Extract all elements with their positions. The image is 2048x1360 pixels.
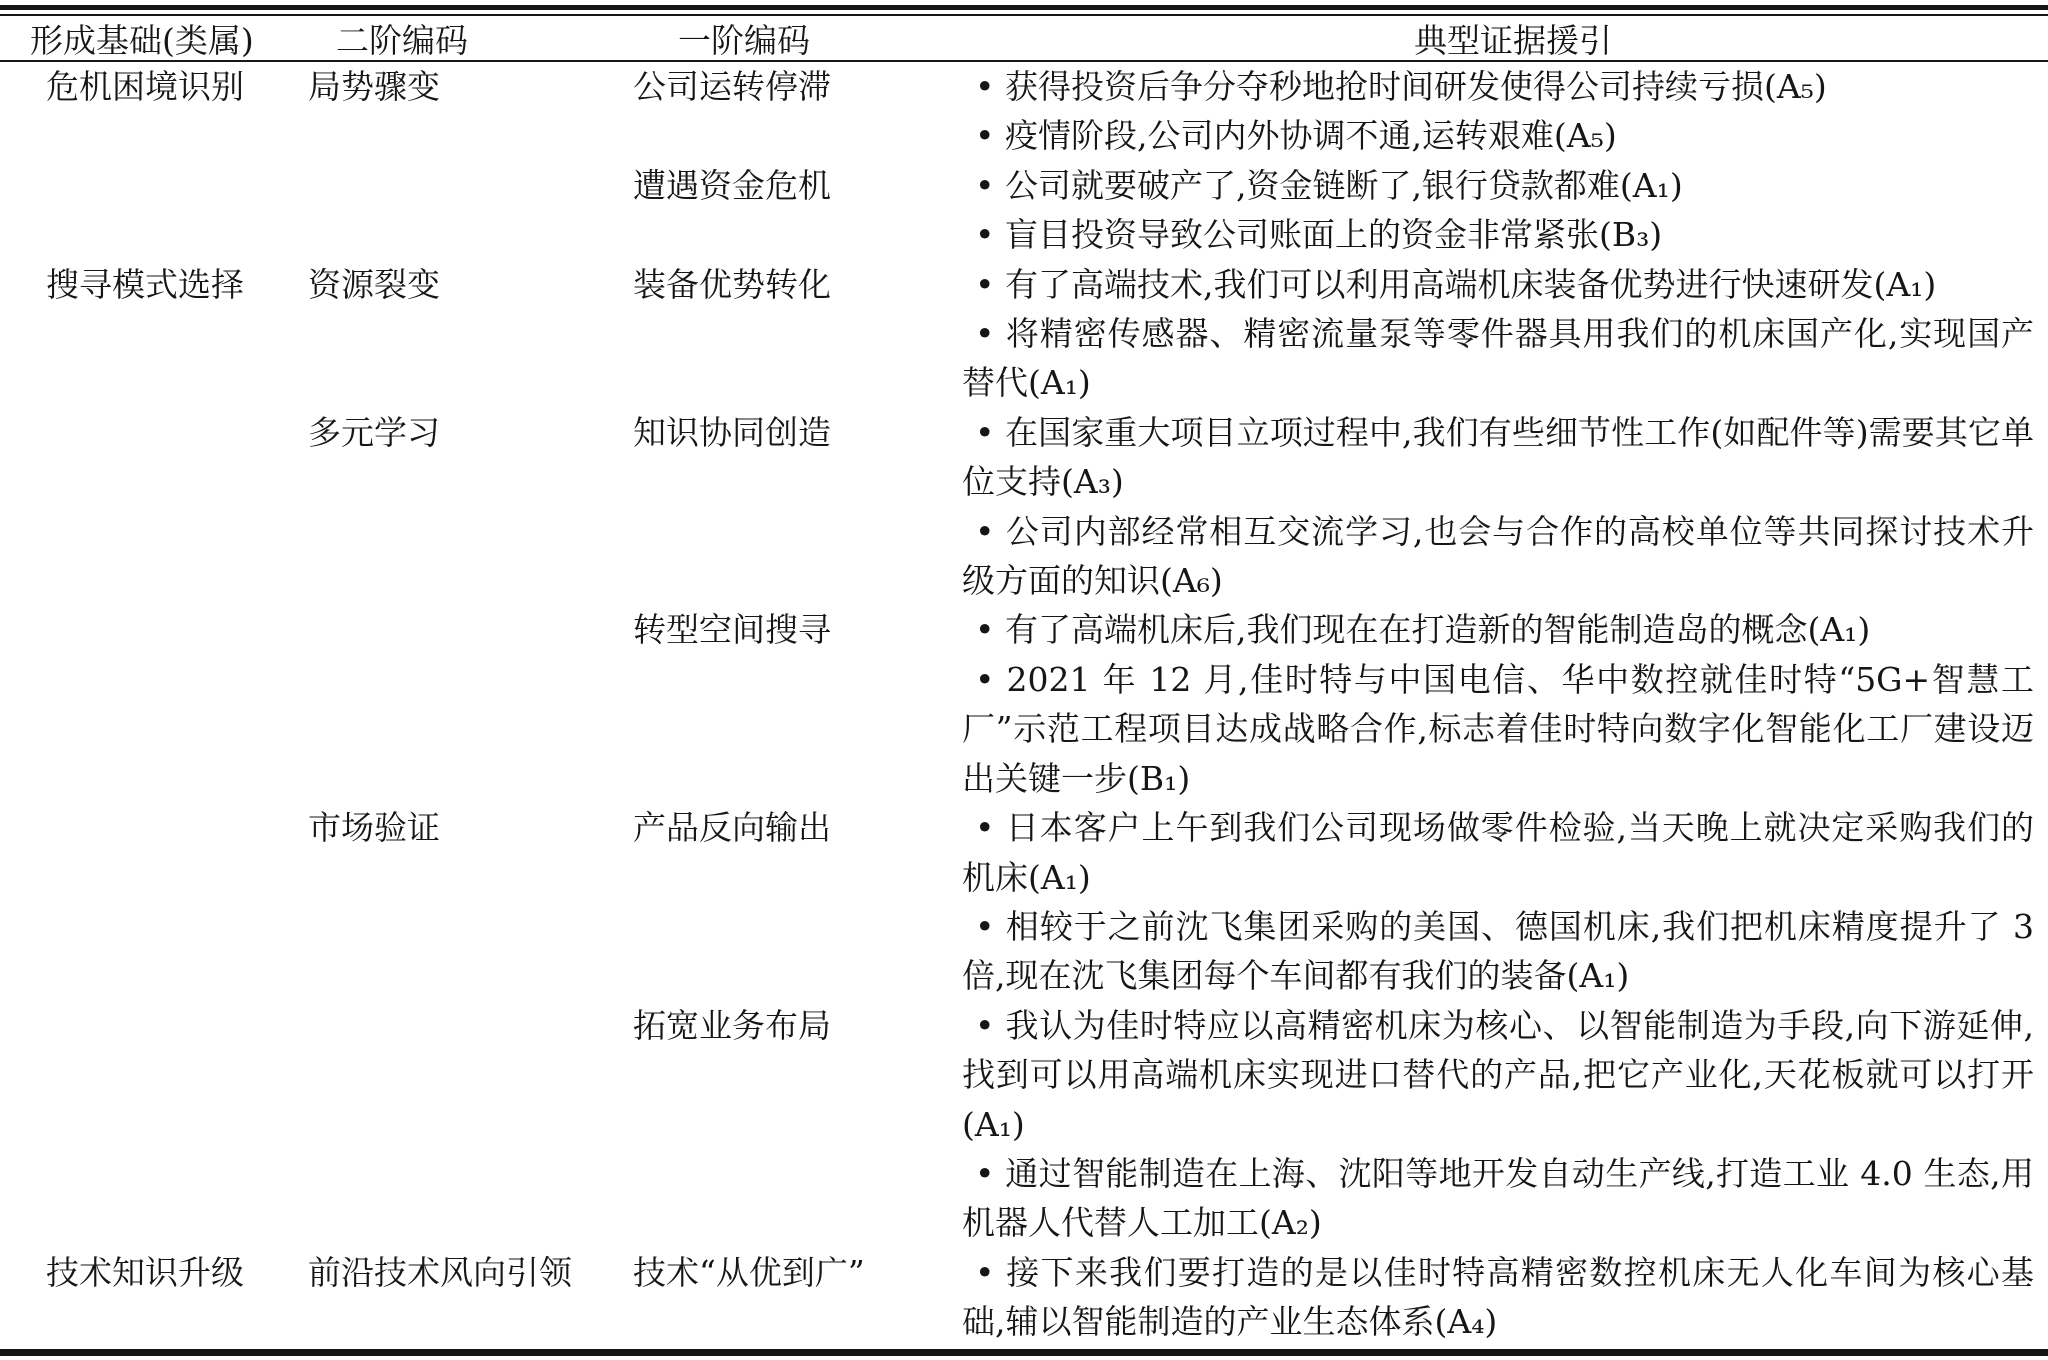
evidence-cell: • 日本客户上午到我们公司现场做零件检验,当天晚上就决定采购我们的机床(A₁) … <box>950 803 2048 1001</box>
header-cell-second-order: 二阶编码 <box>290 16 612 65</box>
evidence-item: • 相较于之前沈飞集团采购的美国、德国机床,我们把机床精度提升了 3 倍,现在沈… <box>962 902 2034 1001</box>
first-order-cell: 装备优势转化 <box>612 260 950 309</box>
second-order-cell: 资源裂变 <box>290 260 612 309</box>
table-row: 遭遇资金危机 • 公司就要破产了,资金链断了,银行贷款都难(A₁) • 盲目投资… <box>0 161 2048 260</box>
table-row: 多元学习 知识协同创造 • 在国家重大项目立项过程中,我们有些细节性工作(如配件… <box>0 408 2048 606</box>
evidence-item: • 在国家重大项目立项过程中,我们有些细节性工作(如配件等)需要其它单位支持(A… <box>962 408 2034 507</box>
evidence-item: • 2021 年 12 月,佳时特与中国电信、华中数控就佳时特“5G+智慧工厂”… <box>962 655 2034 803</box>
category-cell: 技术知识升级 <box>0 1248 290 1297</box>
evidence-item: • 公司就要破产了,资金链断了,银行贷款都难(A₁) <box>962 161 2034 210</box>
category-cell: 搜寻模式选择 <box>0 260 290 309</box>
first-order-cell: 知识协同创造 <box>612 408 950 457</box>
evidence-cell: • 有了高端机床后,我们现在在打造新的智能制造岛的概念(A₁) • 2021 年… <box>950 605 2048 803</box>
header-cell-evidence: 典型证据援引 <box>950 16 2048 65</box>
evidence-cell: • 在国家重大项目立项过程中,我们有些细节性工作(如配件等)需要其它单位支持(A… <box>950 408 2048 606</box>
table-row: 技术知识升级 前沿技术风向引领 技术“从优到广” • 接下来我们要打造的是以佳时… <box>0 1248 2048 1347</box>
first-order-cell: 转型空间搜寻 <box>612 605 950 654</box>
first-order-cell: 公司运转停滞 <box>612 62 950 111</box>
second-order-cell: 多元学习 <box>290 408 612 457</box>
table-row: 转型空间搜寻 • 有了高端机床后,我们现在在打造新的智能制造岛的概念(A₁) •… <box>0 605 2048 803</box>
table-row: 拓宽业务布局 • 我认为佳时特应以高精密机床为核心、以智能制造为手段,向下游延伸… <box>0 1001 2048 1248</box>
evidence-item: • 我认为佳时特应以高精密机床为核心、以智能制造为手段,向下游延伸,找到可以用高… <box>962 1001 2034 1149</box>
table-bottom-rule <box>0 1349 2048 1356</box>
evidence-item: • 日本客户上午到我们公司现场做零件检验,当天晚上就决定采购我们的机床(A₁) <box>962 803 2034 902</box>
first-order-cell: 拓宽业务布局 <box>612 1001 950 1050</box>
table-header-row: 形成基础(类属) 二阶编码 一阶编码 典型证据援引 <box>0 16 2048 60</box>
first-order-cell: 遭遇资金危机 <box>612 161 950 210</box>
evidence-item: • 疫情阶段,公司内外协调不通,运转艰难(A₅) <box>962 111 2034 160</box>
header-cell-category: 形成基础(类属) <box>0 16 290 65</box>
evidence-item: • 有了高端技术,我们可以利用高端机床装备优势进行快速研发(A₁) <box>962 260 2034 309</box>
evidence-cell: • 公司就要破产了,资金链断了,银行贷款都难(A₁) • 盲目投资导致公司账面上… <box>950 161 2048 260</box>
second-order-cell: 市场验证 <box>290 803 612 852</box>
table-body: 危机困境识别 局势骤变 公司运转停滞 • 获得投资后争分夺秒地抢时间研发使得公司… <box>0 62 2048 1347</box>
first-order-cell: 技术“从优到广” <box>612 1248 950 1297</box>
second-order-cell: 前沿技术风向引领 <box>290 1248 612 1297</box>
evidence-item: • 将精密传感器、精密流量泵等零件器具用我们的机床国产化,实现国产替代(A₁) <box>962 309 2034 408</box>
coding-table-page: 形成基础(类属) 二阶编码 一阶编码 典型证据援引 危机困境识别 局势骤变 公司… <box>0 0 2048 1360</box>
evidence-item: • 有了高端机床后,我们现在在打造新的智能制造岛的概念(A₁) <box>962 605 2034 654</box>
evidence-cell: • 我认为佳时特应以高精密机床为核心、以智能制造为手段,向下游延伸,找到可以用高… <box>950 1001 2048 1248</box>
evidence-item: • 公司内部经常相互交流学习,也会与合作的高校单位等共同探讨技术升级方面的知识(… <box>962 507 2034 606</box>
table-row: 危机困境识别 局势骤变 公司运转停滞 • 获得投资后争分夺秒地抢时间研发使得公司… <box>0 62 2048 161</box>
table-row: 搜寻模式选择 资源裂变 装备优势转化 • 有了高端技术,我们可以利用高端机床装备… <box>0 260 2048 408</box>
table-row: 市场验证 产品反向输出 • 日本客户上午到我们公司现场做零件检验,当天晚上就决定… <box>0 803 2048 1001</box>
evidence-cell: • 获得投资后争分夺秒地抢时间研发使得公司持续亏损(A₅) • 疫情阶段,公司内… <box>950 62 2048 161</box>
evidence-item: • 通过智能制造在上海、沈阳等地开发自动生产线,打造工业 4.0 生态,用机器人… <box>962 1149 2034 1248</box>
evidence-cell: • 接下来我们要打造的是以佳时特高精密数控机床无人化车间为核心基础,辅以智能制造… <box>950 1248 2048 1347</box>
header-cell-first-order: 一阶编码 <box>612 16 950 65</box>
category-cell: 危机困境识别 <box>0 62 290 111</box>
evidence-item: • 接下来我们要打造的是以佳时特高精密数控机床无人化车间为核心基础,辅以智能制造… <box>962 1248 2034 1347</box>
evidence-item: • 盲目投资导致公司账面上的资金非常紧张(B₃) <box>962 210 2034 259</box>
first-order-cell: 产品反向输出 <box>612 803 950 852</box>
table-top-thick-rule <box>0 5 2048 10</box>
evidence-item: • 获得投资后争分夺秒地抢时间研发使得公司持续亏损(A₅) <box>962 62 2034 111</box>
second-order-cell: 局势骤变 <box>290 62 612 111</box>
evidence-cell: • 有了高端技术,我们可以利用高端机床装备优势进行快速研发(A₁) • 将精密传… <box>950 260 2048 408</box>
